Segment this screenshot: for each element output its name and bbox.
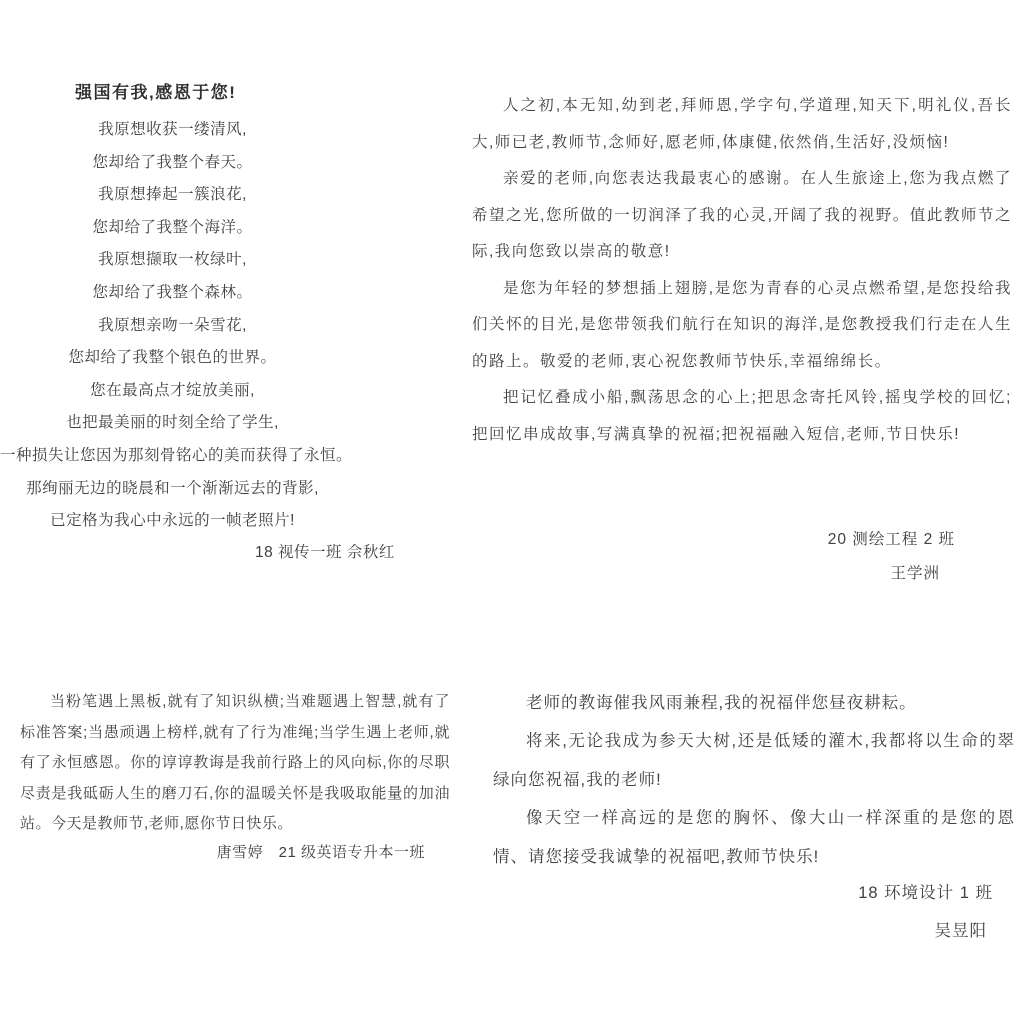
poem-line: 那绚丽无边的晓晨和一个渐渐远去的背影, (0, 473, 345, 506)
letter-paragraph: 像天空一样高远的是您的胸怀、像大山一样深重的是您的恩情、请您接受我诚挚的祝福吧,… (493, 799, 1015, 876)
poem-body: 我原想收获一缕清风, 您却给了我整个春天。 我原想捧起一簇浪花, 您却给了我整个… (0, 114, 345, 538)
signature-name: 吴昱阳 (493, 912, 1015, 950)
letter-paragraph: 老师的教诲催我风雨兼程,我的祝福伴您昼夜耕耘。 (493, 684, 1015, 722)
poem-line: 您却给了我整个森林。 (0, 277, 345, 310)
letter-paragraph: 亲爱的老师,向您表达我最衷心的感谢。在人生旅途上,您为我点燃了希望之光,您所做的… (472, 161, 1012, 271)
letter-paragraph: 是您为年轻的梦想插上翅膀,是您为青春的心灵点燃希望,是您投给我们关怀的目光,是您… (472, 271, 1012, 381)
poem-line: 您却给了我整个银色的世界。 (0, 342, 345, 375)
letter-paragraph: 将来,无论我成为参天大树,还是低矮的灌木,我都将以生命的翠绿向您祝福,我的老师! (493, 722, 1015, 799)
letter-paragraph: 人之初,本无知,幼到老,拜师恩,学字句,学道理,知天下,明礼仪,吾长大,师已老,… (472, 88, 1012, 161)
poem-line: 也把最美丽的时刻全给了学生, (0, 407, 345, 440)
letter-bottom-right: 老师的教诲催我风雨兼程,我的祝福伴您昼夜耕耘。 将来,无论我成为参天大树,还是低… (493, 684, 1015, 876)
signature-name: 唐雪婷 21 级英语专升本一班 (20, 838, 450, 869)
poem-line: 我原想撷取一枚绿叶, (0, 244, 345, 277)
poem-line: 一种损失让您因为那刻骨铭心的美而获得了永恒。 (0, 440, 345, 473)
poem-title: 强国有我,感恩于您! (75, 78, 236, 103)
signature-class: 20 测绘工程 2 班 (472, 522, 1012, 559)
letter-paragraph: 把记忆叠成小船,飘荡思念的心上;把思念寄托风铃,摇曳学校的回忆;把回忆串成故事,… (472, 380, 1012, 453)
signature-name: 王学洲 (472, 556, 1012, 593)
poem-line: 您在最高点才绽放美丽, (0, 375, 345, 408)
poem-line: 您却给了我整个海洋。 (0, 212, 345, 245)
letter-paragraph: 当粉笔遇上黑板,就有了知识纵横;当难题遇上智慧,就有了标准答案;当愚顽遇上榜样,… (20, 687, 450, 840)
poem-line: 已定格为我心中永远的一帧老照片! (0, 505, 345, 538)
signature-class: 18 环境设计 1 班 (493, 874, 1015, 912)
poem-line: 我原想亲吻一朵雪花, (0, 310, 345, 343)
poem-line: 我原想收获一缕清风, (0, 114, 345, 147)
letter-top-right: 人之初,本无知,幼到老,拜师恩,学字句,学道理,知天下,明礼仪,吾长大,师已老,… (472, 88, 1012, 453)
poem-line: 我原想捧起一簇浪花, (0, 179, 345, 212)
poem-line: 您却给了我整个春天。 (0, 147, 345, 180)
letter-bottom-left: 当粉笔遇上黑板,就有了知识纵横;当难题遇上智慧,就有了标准答案;当愚顽遇上榜样,… (20, 687, 450, 840)
poem-signature: 18 视传一班 佘秋红 (255, 537, 395, 570)
document-page: 强国有我,感恩于您! 我原想收获一缕清风, 您却给了我整个春天。 我原想捧起一簇… (0, 0, 1024, 1017)
